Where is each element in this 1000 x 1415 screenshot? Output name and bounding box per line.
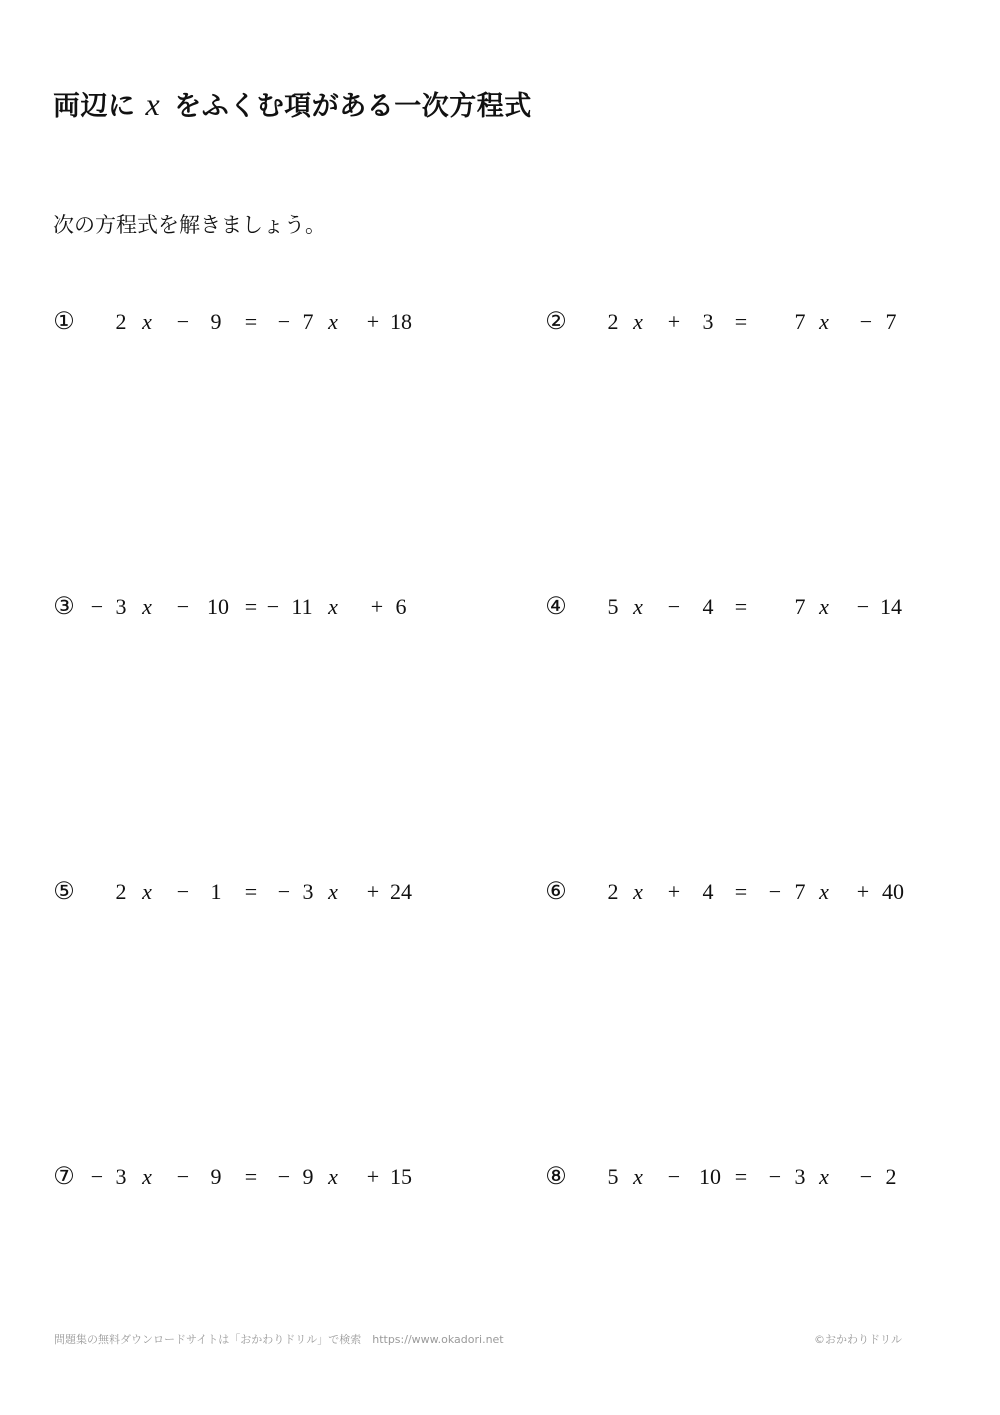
- lhs-constant: 4: [703, 875, 714, 909]
- lhs-coefficient: 2: [608, 305, 619, 339]
- title-suffix: をふくむ項がある一次方程式: [174, 91, 532, 122]
- problem-number: ②: [545, 305, 567, 339]
- lhs-coefficient: 5: [608, 1160, 619, 1194]
- problem-8: ⑧ 5 x − 10 = − 3 x − 2: [0, 1160, 440, 1194]
- rhs-variable: x: [819, 305, 829, 339]
- worksheet-title: 両辺にxをふくむ項がある一次方程式: [53, 84, 532, 123]
- lhs-variable: x: [633, 1160, 643, 1194]
- lhs-operator: +: [668, 305, 680, 339]
- lhs-operator: +: [668, 875, 680, 909]
- title-prefix: 両辺に: [53, 91, 136, 122]
- lhs-coefficient: 5: [608, 590, 619, 624]
- rhs-constant: 40: [882, 875, 904, 909]
- lhs-coefficient: 2: [608, 875, 619, 909]
- equals-sign: =: [735, 590, 747, 624]
- problem-number: ⑥: [545, 875, 567, 909]
- footer-site-note: 問題集の無料ダウンロードサイトは「おかわりドリル」で検索 https://www…: [54, 1331, 504, 1347]
- equals-sign: =: [735, 1160, 747, 1194]
- lhs-variable: x: [633, 875, 643, 909]
- problem-6: ⑥ 2 x + 4 = − 7 x + 40: [0, 875, 440, 909]
- rhs-sign: −: [769, 1160, 781, 1194]
- rhs-constant: 2: [886, 1160, 897, 1194]
- lhs-operator: −: [668, 590, 680, 624]
- problem-number: ④: [545, 590, 567, 624]
- rhs-constant: 14: [880, 590, 902, 624]
- rhs-operator: −: [857, 590, 869, 624]
- rhs-coefficient: 7: [795, 590, 806, 624]
- lhs-operator: −: [668, 1160, 680, 1194]
- equals-sign: =: [735, 305, 747, 339]
- rhs-coefficient: 7: [795, 875, 806, 909]
- lhs-variable: x: [633, 590, 643, 624]
- problem-2: ② 2 x + 3 = 7 x − 7: [0, 305, 440, 339]
- lhs-constant: 10: [699, 1160, 721, 1194]
- equals-sign: =: [735, 875, 747, 909]
- rhs-operator: +: [857, 875, 869, 909]
- rhs-sign: −: [769, 875, 781, 909]
- problem-4: ④ 5 x − 4 = 7 x − 14: [0, 590, 440, 624]
- footer-copyright: ©おかわりドリル: [814, 1331, 902, 1347]
- rhs-variable: x: [819, 1160, 829, 1194]
- lhs-constant: 4: [703, 590, 714, 624]
- rhs-constant: 7: [886, 305, 897, 339]
- rhs-coefficient: 7: [795, 305, 806, 339]
- instruction-text: 次の方程式を解きましょう。: [53, 209, 326, 239]
- rhs-operator: −: [860, 1160, 872, 1194]
- rhs-variable: x: [819, 875, 829, 909]
- rhs-operator: −: [860, 305, 872, 339]
- rhs-coefficient: 3: [795, 1160, 806, 1194]
- rhs-variable: x: [819, 590, 829, 624]
- lhs-constant: 3: [703, 305, 714, 339]
- title-variable: x: [146, 86, 161, 122]
- lhs-variable: x: [633, 305, 643, 339]
- problem-number: ⑧: [545, 1160, 567, 1194]
